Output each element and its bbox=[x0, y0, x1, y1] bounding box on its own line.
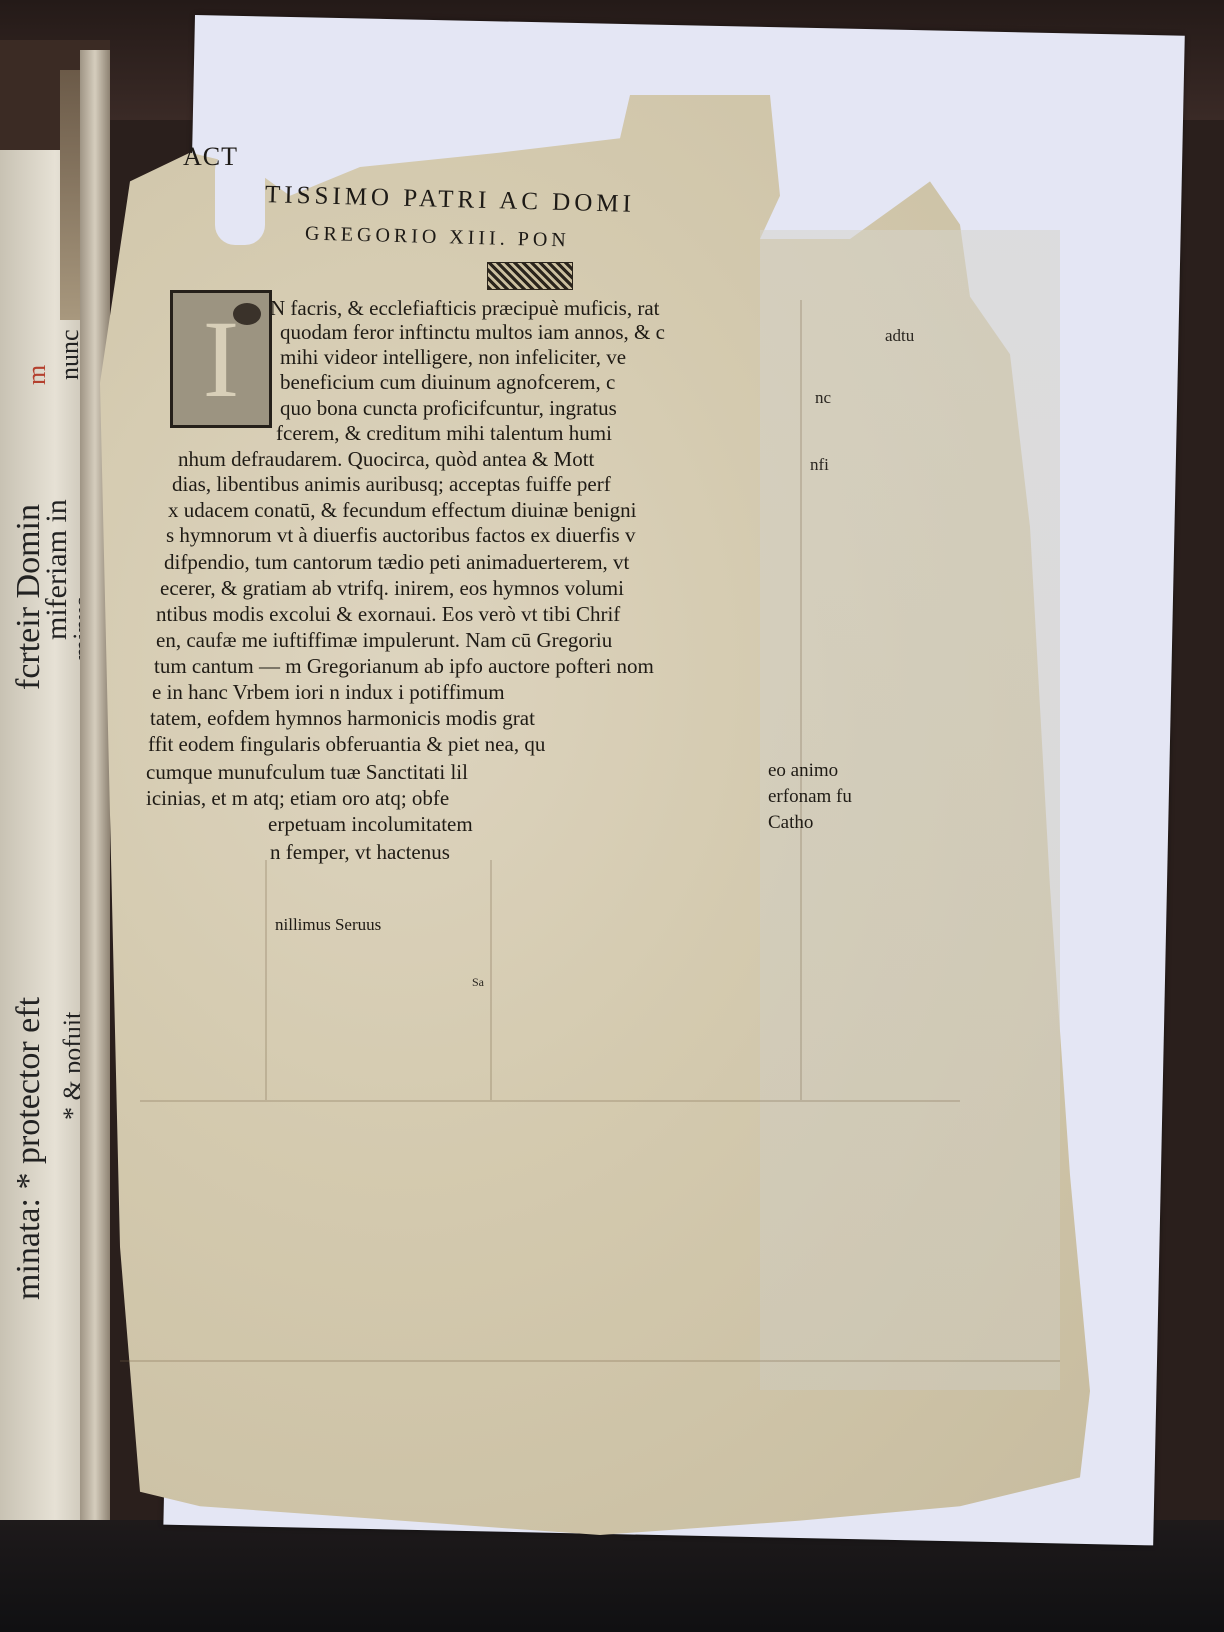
paper-crease bbox=[490, 860, 492, 1100]
flower-ornament-icon bbox=[233, 303, 261, 325]
repaired-paper-patch bbox=[760, 230, 1060, 1390]
text-line: tatem, eofdem hymnos harmonicis modis gr… bbox=[150, 706, 535, 731]
text-line: icinias, et m atq; etiam oro atq; obfe bbox=[146, 786, 449, 811]
text-line: s hymnorum vt à diuerfis auctoribus fact… bbox=[166, 523, 635, 548]
header-partial: ACT bbox=[183, 142, 238, 172]
text-line: difpendio, tum cantorum tædio peti anima… bbox=[164, 550, 629, 575]
text-line: x udacem conatū, & fecundum effectum diu… bbox=[168, 498, 636, 523]
paper-crease bbox=[140, 1100, 960, 1102]
printer-ornament-icon bbox=[487, 262, 573, 290]
decorated-dropcap: I bbox=[170, 290, 272, 428]
text-line: dias, libentibus animis auribusq; accept… bbox=[172, 472, 611, 497]
text-line: N facris, & ecclefiafticis præcipuè mufi… bbox=[270, 296, 660, 321]
book-spine bbox=[80, 50, 110, 1520]
text-line: erpetuam incolumitatem bbox=[268, 812, 473, 837]
text-line: beneficium cum diuinum agnofcerem, c bbox=[280, 370, 615, 395]
margin-fragment: nfi bbox=[810, 455, 829, 475]
signature-line: nillimus Seruus bbox=[275, 915, 381, 935]
text-line: n femper, vt hactenus bbox=[270, 840, 450, 865]
text-line: ffit eodem fingularis obferuantia & piet… bbox=[148, 732, 545, 757]
text-line: fcerem, & creditum mihi talentum humi bbox=[276, 421, 612, 446]
vertical-text-line: minata: * protector eft bbox=[10, 997, 48, 1300]
text-line: e in hanc Vrbem iori n indux i potiffimu… bbox=[152, 680, 505, 705]
text-line: nhum defraudarem. Quocirca, quòd antea &… bbox=[178, 447, 594, 472]
text-line: ecerer, & gratiam ab vtrifq. inirem, eos… bbox=[160, 576, 624, 601]
text-line: quodam feror inftinctu multos iam annos,… bbox=[280, 320, 665, 345]
signature-fragment: Sa bbox=[472, 975, 484, 990]
text-line: cumque munufculum tuæ Sanctitati lil bbox=[146, 760, 468, 785]
paper-crease bbox=[800, 300, 802, 1100]
text-fragment-right: erfonam fu bbox=[768, 786, 852, 808]
paper-crease bbox=[265, 860, 267, 1100]
margin-fragment: adtu bbox=[885, 326, 914, 346]
text-line: quo bona cuncta proficifcuntur, ingratus bbox=[280, 396, 617, 421]
text-fragment-right: Catho bbox=[768, 812, 813, 834]
text-line: ntibus modis excolui & exornaui. Eos ver… bbox=[156, 602, 620, 627]
text-fragment-right: eo animo bbox=[768, 760, 838, 782]
text-line: tum cantum — m Gregorianum ab ipfo aucto… bbox=[154, 654, 654, 679]
text-line: en, caufæ me iuftiffimæ impulerunt. Nam … bbox=[156, 628, 612, 653]
paper-crease bbox=[120, 1360, 1060, 1362]
text-line: mihi videor intelligere, non infeliciter… bbox=[280, 345, 626, 370]
red-rubric-fragment: m bbox=[22, 365, 52, 385]
margin-fragment: nc bbox=[815, 388, 831, 408]
